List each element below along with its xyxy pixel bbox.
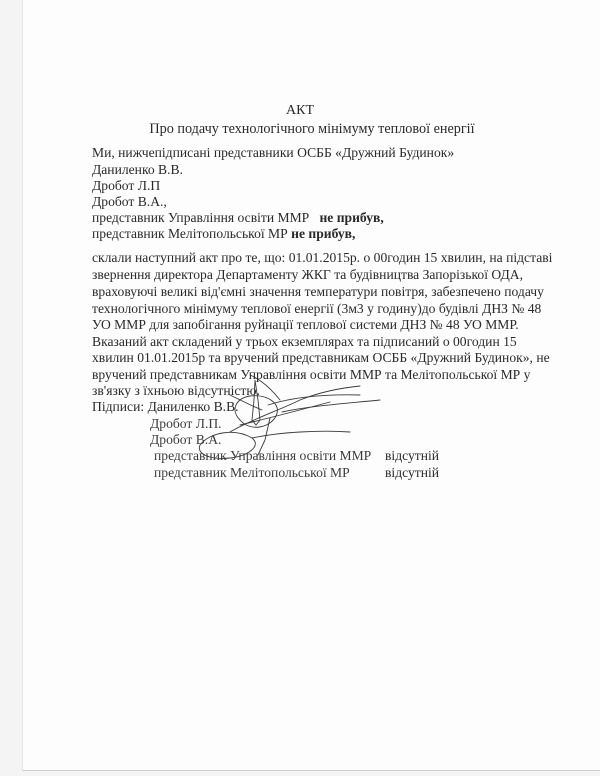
- signature-name: Дробот В.А.: [150, 432, 221, 448]
- absent-signature-label: представник Управління освіти ММР: [154, 448, 371, 464]
- document-title: АКТ: [0, 103, 600, 119]
- document-subtitle: Про подачу технологічного мінімуму тепло…: [12, 121, 600, 137]
- body-line: склали наступний акт про те, що: 01.01.2…: [92, 250, 552, 266]
- signature-name: Даниленко В.В.: [148, 399, 239, 414]
- body-line: зв'язку з їхньою відсутністю.: [92, 383, 260, 399]
- body-line: звернення директора Департаменту ЖКГ та …: [92, 267, 523, 283]
- absent-rep-label: представник Мелітопольської МР: [92, 226, 288, 241]
- signatures-label: Підписи:: [92, 399, 144, 414]
- body-line: враховуючі великі від'ємні значення темп…: [92, 284, 544, 300]
- body-line: вручений представникам Управління освіти…: [92, 367, 530, 383]
- body-line: УО ММР для запобігання руйнації теплової…: [92, 317, 519, 333]
- body-line: технологічного мінімуму теплової енергії…: [92, 301, 541, 317]
- intro-text: Ми, нижчепідписані представники ОСББ «Др…: [92, 145, 454, 161]
- body-line: хвилин 01.01.2015р та вручений представн…: [92, 350, 550, 366]
- absent-signature-status: відсутній: [385, 448, 439, 464]
- absent-rep-line: представник Мелітопольської МР не прибув…: [92, 226, 355, 242]
- signature-name: Дробот Л.П.: [150, 416, 222, 432]
- absent-rep-status: не прибув,: [291, 226, 355, 241]
- body-line: Вказаний акт складений у трьох екземпляр…: [92, 334, 517, 350]
- absent-rep-line: представник Управління освіти ММР не при…: [92, 210, 384, 226]
- absent-rep-label: представник Управління освіти ММР: [92, 210, 309, 225]
- absent-rep-status: не прибув,: [319, 210, 383, 225]
- signatures-line: Підписи: Даниленко В.В.: [92, 399, 239, 415]
- signatory-name: Дробот В.А.,: [92, 194, 167, 210]
- absent-signature-label: представник Мелітопольської МР: [154, 465, 350, 481]
- absent-signature-status: відсутній: [385, 465, 439, 481]
- signatory-name: Дробот Л.П: [92, 178, 160, 194]
- signatory-name: Даниленко В.В.: [92, 162, 183, 178]
